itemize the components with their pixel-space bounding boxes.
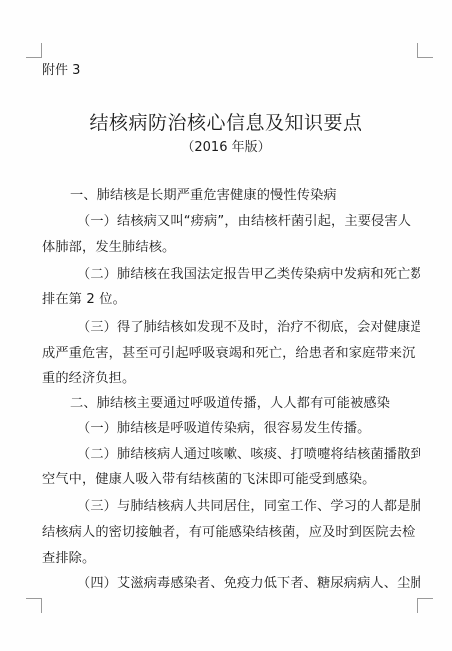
paragraph-line: （四）艾滋病毒感染者、免疫力低下者、糖尿病病人、尘肺 xyxy=(42,575,420,593)
section-heading-2: 二、肺结核主要通过呼吸道传播，人人都有可能被感染 xyxy=(42,395,420,413)
paragraph-line: 查排除。 xyxy=(42,550,420,568)
paragraph-line: 重的经济负担。 xyxy=(42,370,420,388)
paragraph-line: （二）肺结核病人通过咳嗽、咳痰、打喷嚏将结核菌播散到 xyxy=(42,446,420,464)
corner-mark-bottom-left xyxy=(26,598,42,613)
document-page: 附件 3 结核病防治核心信息及知识要点 （2016 年版） 一、肺结核是长期严重… xyxy=(0,0,452,651)
paragraph-line: （三）得了肺结核如发现不及时，治疗不彻底，会对健康造 xyxy=(42,319,420,337)
paragraph-line: 体肺部，发生肺结核。 xyxy=(42,239,420,257)
paragraph-line: （一）肺结核是呼吸道传染病，很容易发生传播。 xyxy=(42,420,420,438)
paragraph-line: 结核病人的密切接触者，有可能感染结核菌，应及时到医院去检 xyxy=(42,524,420,542)
document-subtitle: （2016 年版） xyxy=(0,140,452,156)
paragraph-line: （二）肺结核在我国法定报告甲乙类传染病中发病和死亡数 xyxy=(42,266,420,284)
paragraph-line: （三）与肺结核病人共同居住，同室工作、学习的人都是肺 xyxy=(42,498,420,516)
attachment-label: 附件 3 xyxy=(42,63,80,79)
corner-mark-bottom-right xyxy=(417,598,433,613)
corner-mark-top-left xyxy=(26,43,42,58)
paragraph-line: 排在第 2 位。 xyxy=(42,291,420,309)
section-heading-1: 一、肺结核是长期严重危害健康的慢性传染病 xyxy=(42,187,420,205)
paragraph-line: 成严重危害，甚至可引起呼吸衰竭和死亡，给患者和家庭带来沉 xyxy=(42,345,420,363)
corner-mark-top-right xyxy=(417,43,433,58)
document-title: 结核病防治核心信息及知识要点 xyxy=(0,111,452,135)
paragraph-line: （一）结核病又叫“痨病”，由结核杆菌引起，主要侵害人 xyxy=(42,213,420,231)
paragraph-line: 空气中，健康人吸入带有结核菌的飞沫即可能受到感染。 xyxy=(42,471,420,489)
